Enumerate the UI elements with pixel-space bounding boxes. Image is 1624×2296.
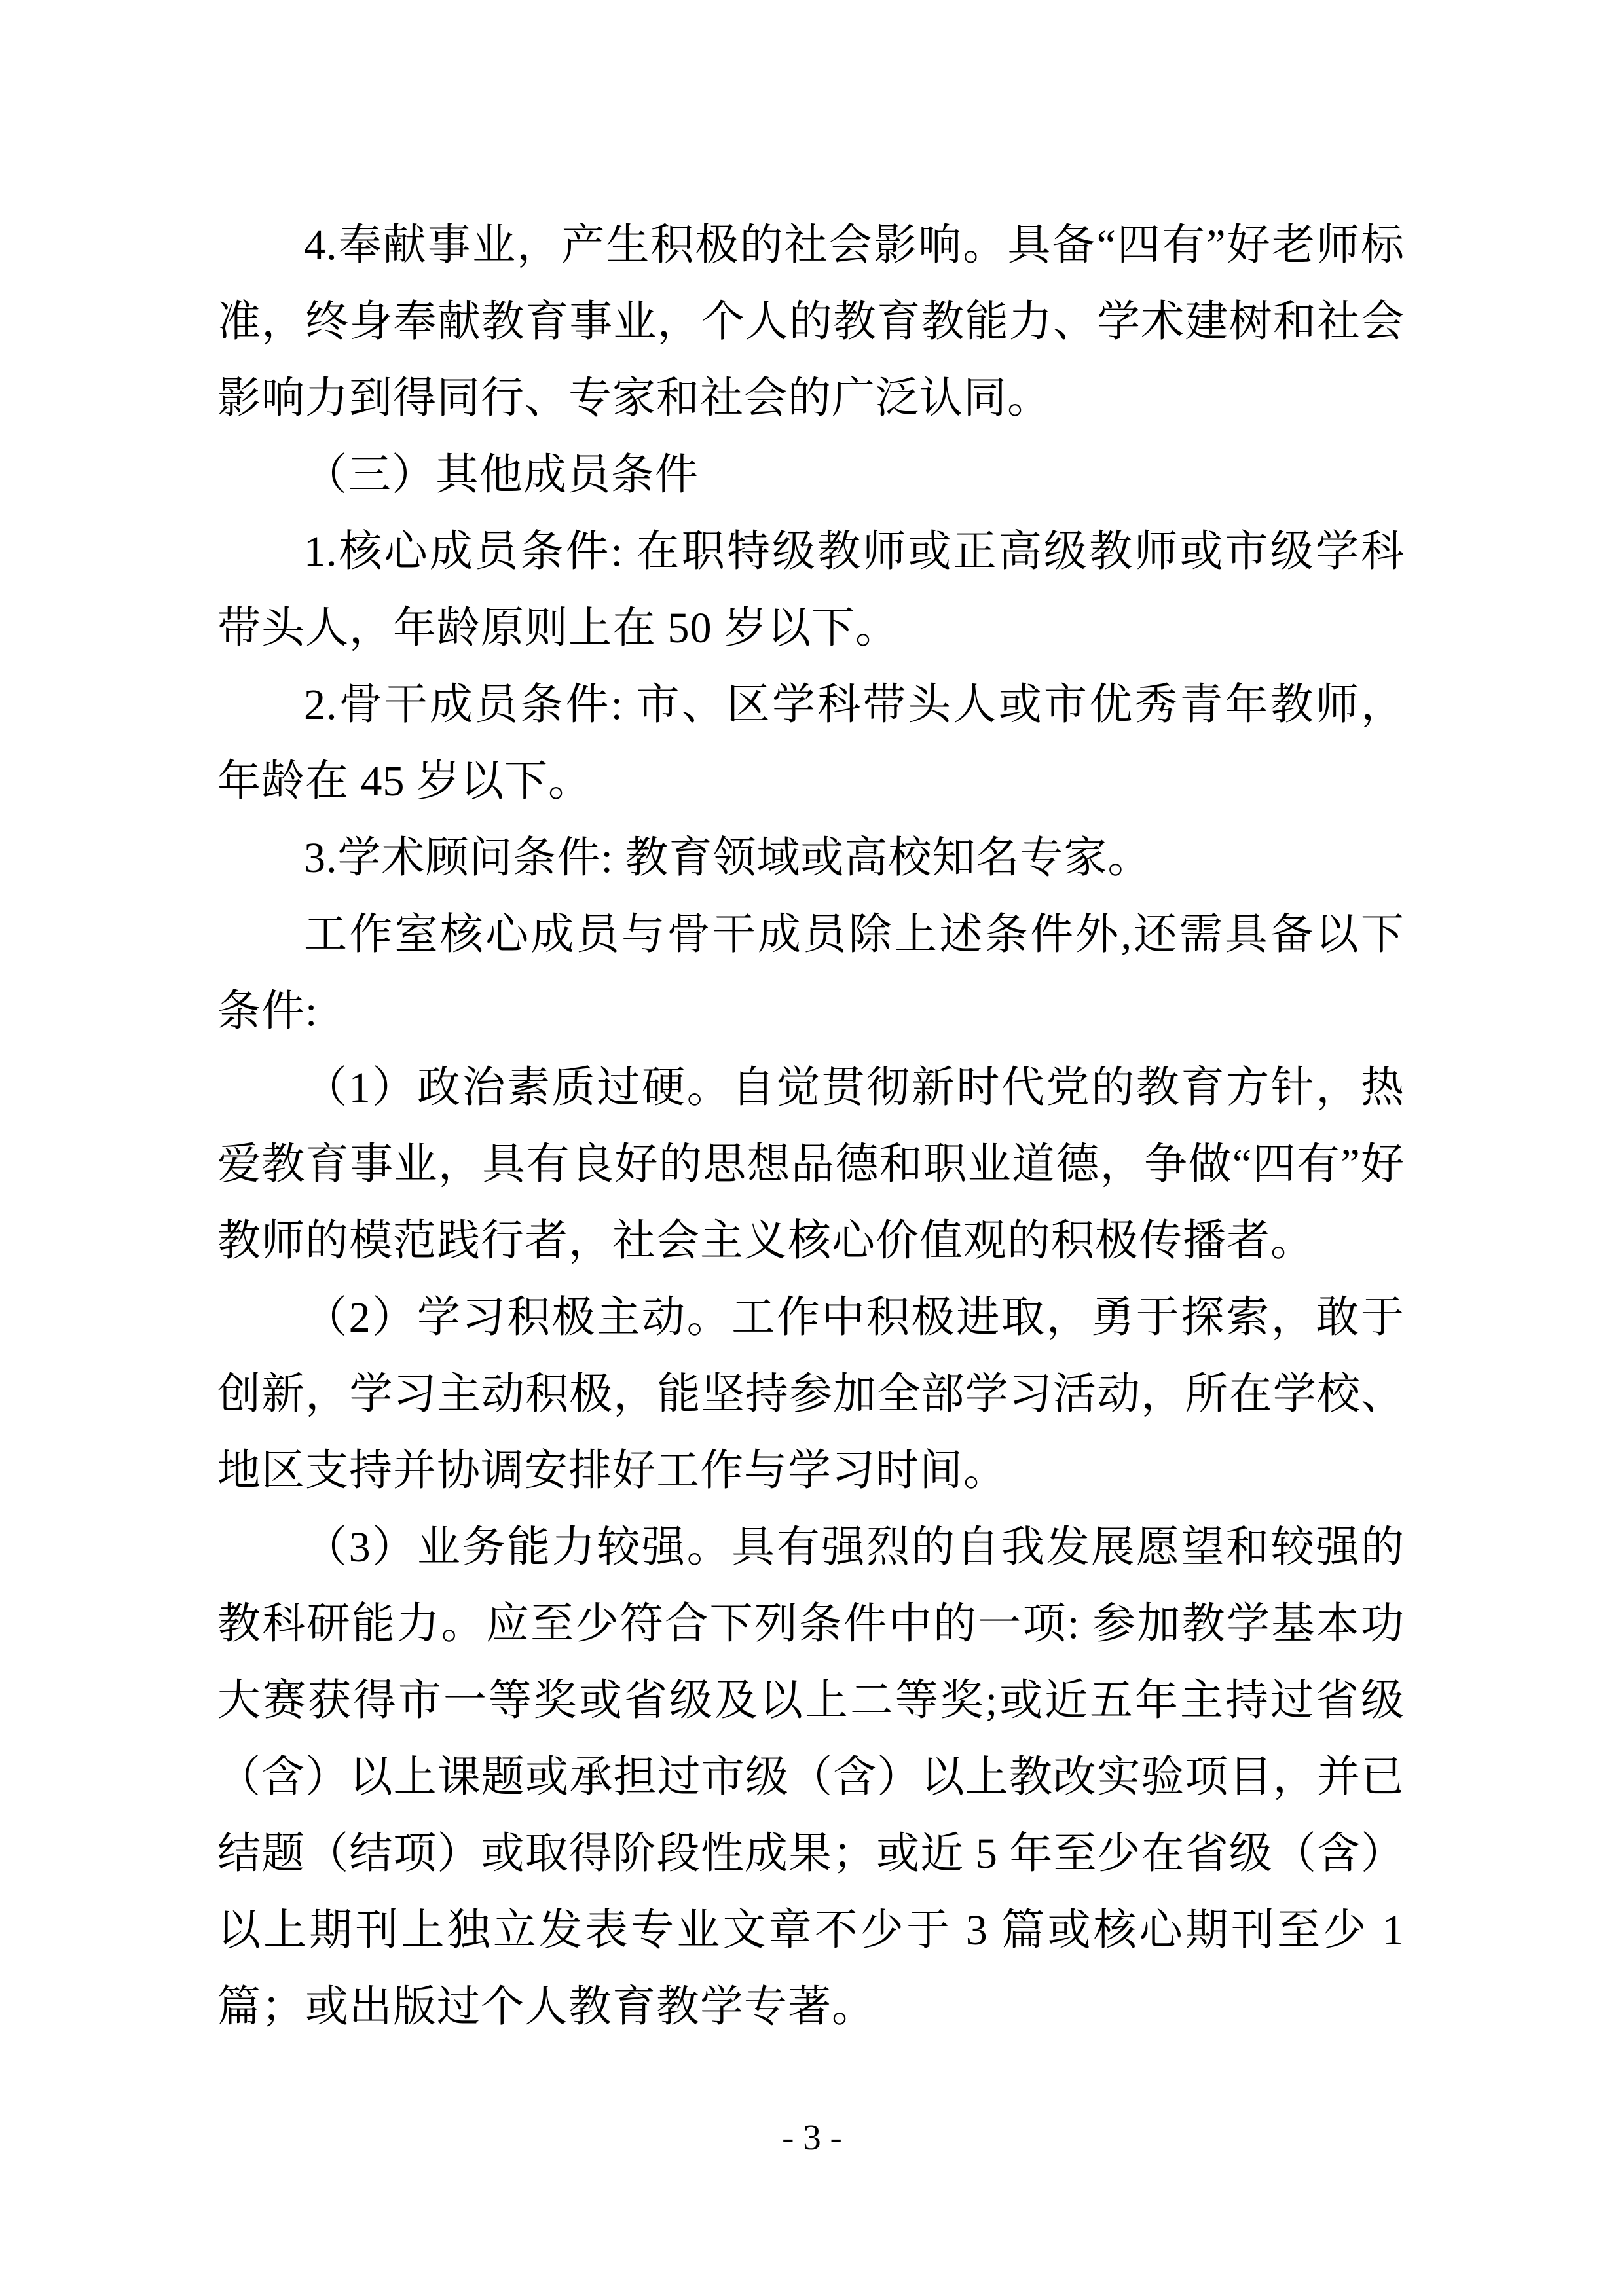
paragraph-condition-political-quality: （1）政治素质过硬。自觉贯彻新时代党的教育方针，热爱教育事业，具有良好的思想品德… <box>217 1049 1405 1279</box>
paragraph-additional-conditions-intro: 工作室核心成员与骨干成员除上述条件外,还需具备以下条件: <box>217 896 1405 1049</box>
paragraph-condition-professional-ability: （3）业务能力较强。具有强烈的自我发展愿望和较强的教科研能力。应至少符合下列条件… <box>217 1509 1405 2045</box>
paragraph-backbone-member-condition: 2.骨干成员条件: 市、区学科带头人或市优秀青年教师，年龄在 45 岁以下。 <box>217 666 1405 820</box>
paragraph-condition-active-learning: （2）学习积极主动。工作中积极进取，勇于探索，敢于创新，学习主动积极，能坚持参加… <box>217 1279 1405 1509</box>
paragraph-academic-advisor-condition: 3.学术顾问条件: 教育领域或高校知名专家。 <box>217 820 1405 896</box>
paragraph-dedication: 4.奉献事业，产生积极的社会影响。具备“四有”好老师标准，终身奉献教育事业，个人… <box>217 207 1405 437</box>
page-number: - 3 - <box>0 2111 1624 2164</box>
document-body-text: 4.奉献事业，产生积极的社会影响。具备“四有”好老师标准，终身奉献教育事业，个人… <box>217 207 1405 2045</box>
heading-other-member-conditions: （三）其他成员条件 <box>217 437 1405 513</box>
paragraph-core-member-condition: 1.核心成员条件: 在职特级教师或正高级教师或市级学科带头人，年龄原则上在 50… <box>217 513 1405 666</box>
document-page: 4.奉献事业，产生积极的社会影响。具备“四有”好老师标准，终身奉献教育事业，个人… <box>0 0 1624 2296</box>
